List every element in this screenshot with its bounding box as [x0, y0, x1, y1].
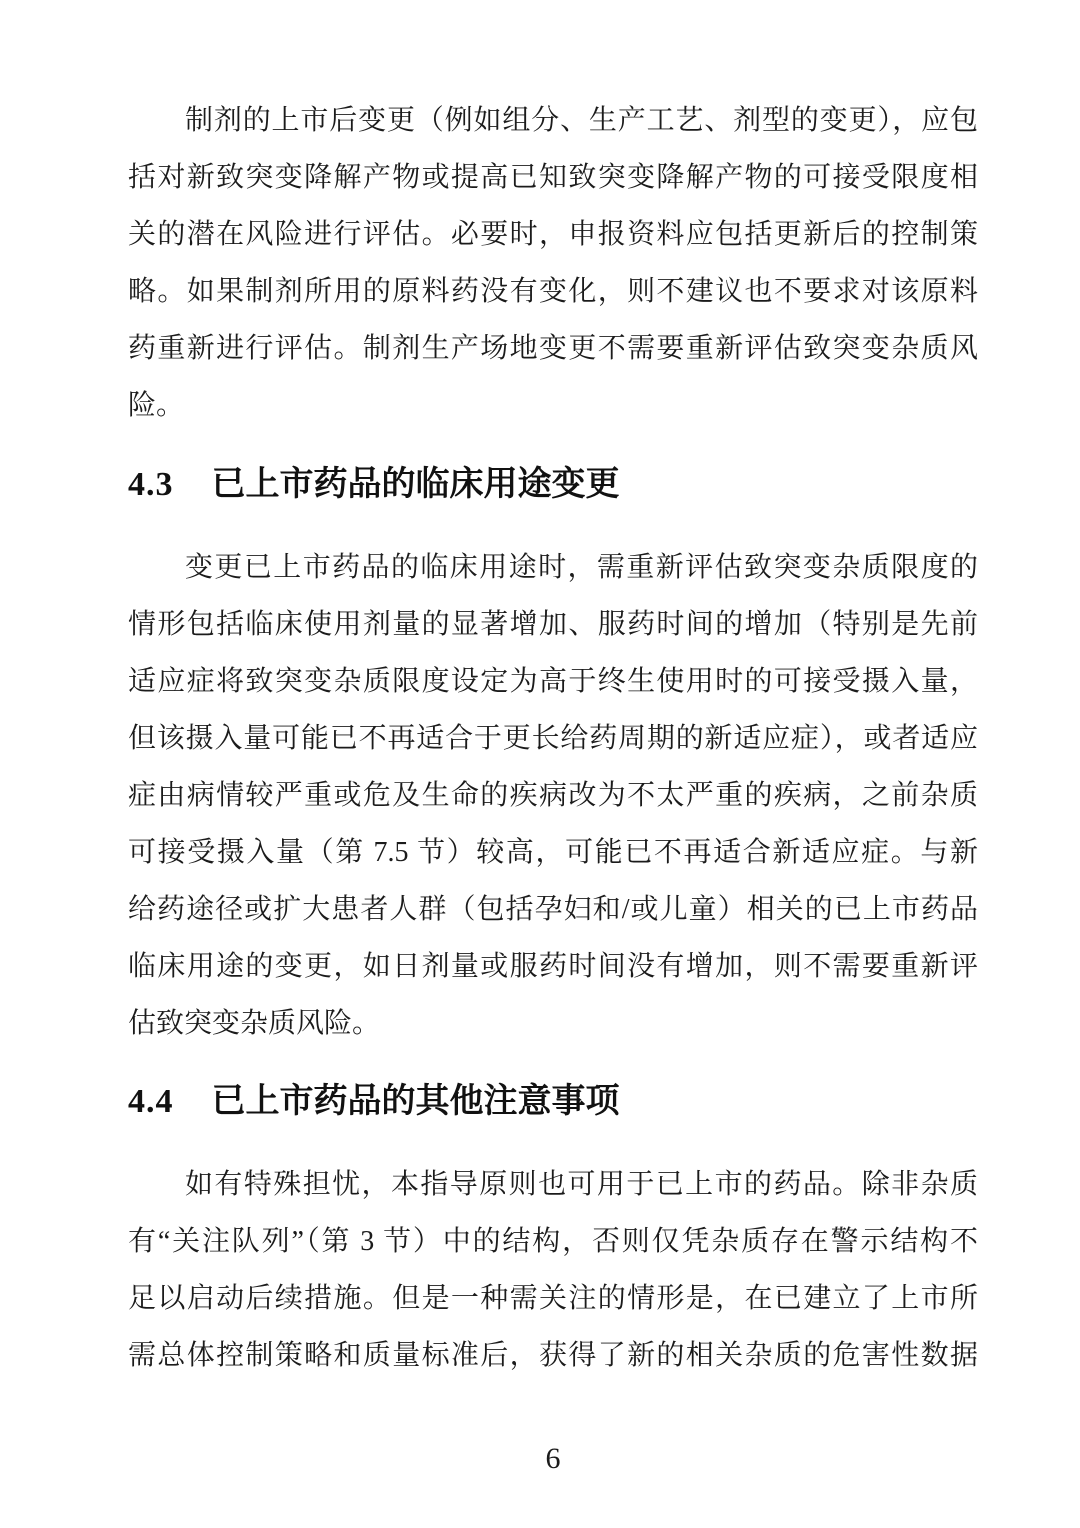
paragraph-line: 给药途径或扩大患者人群（包括孕妇和/或儿童）相关的已上市药品: [128, 881, 978, 938]
paragraph-line: 症由病情较严重或危及生命的疾病改为不太严重的疾病，之前杂质: [128, 767, 978, 824]
paragraph-clinical-use-change: 变更已上市药品的临床用途时，需重新评估致突变杂质限度的 情形包括临床使用剂量的显…: [128, 539, 978, 1052]
section-title: 已上市药品的临床用途变更: [212, 466, 620, 503]
paragraph-line: 可接受摄入量（第 7.5 节）较高，可能已不再适合新适应症。与新: [128, 824, 978, 881]
section-number: 4.4: [128, 1073, 174, 1130]
document-page: 制剂的上市后变更（例如组分、生产工艺、剂型的变更），应包 括对新致突变降解产物或…: [0, 0, 1080, 1528]
paragraph-line: 变更已上市药品的临床用途时，需重新评估致突变杂质限度的: [128, 539, 978, 596]
paragraph-line: 估致突变杂质风险。: [128, 995, 978, 1052]
section-number: 4.3: [128, 456, 174, 513]
paragraph-line: 关的潜在风险进行评估。必要时，申报资料应包括更新后的控制策: [128, 206, 978, 263]
paragraph-line: 药重新进行评估。制剂生产场地变更不需要重新评估致突变杂质风: [128, 320, 978, 377]
paragraph-line: 但该摄入量可能已不再适合于更长给药周期的新适应症），或者适应: [128, 710, 978, 767]
paragraph-line: 临床用途的变更，如日剂量或服药时间没有增加，则不需要重新评: [128, 938, 978, 995]
text-block: 制剂的上市后变更（例如组分、生产工艺、剂型的变更），应包 括对新致突变降解产物或…: [128, 92, 978, 1384]
paragraph-post-approval-changes: 制剂的上市后变更（例如组分、生产工艺、剂型的变更），应包 括对新致突变降解产物或…: [128, 92, 978, 434]
paragraph-line: 足以启动后续措施。但是一种需关注的情形是，在已建立了上市所: [128, 1270, 978, 1327]
paragraph-line: 险。: [128, 377, 978, 434]
paragraph-line: 如有特殊担忧，本指导原则也可用于已上市的药品。除非杂质: [128, 1156, 978, 1213]
paragraph-line: 需总体控制策略和质量标准后，获得了新的相关杂质的危害性数据: [128, 1327, 978, 1384]
section-heading-4-3: 4.3已上市药品的临床用途变更: [128, 456, 978, 513]
section-title: 已上市药品的其他注意事项: [212, 1083, 620, 1120]
section-heading-4-4: 4.4已上市药品的其他注意事项: [128, 1073, 978, 1130]
paragraph-line: 括对新致突变降解产物或提高已知致突变降解产物的可接受限度相: [128, 149, 978, 206]
paragraph-line: 略。如果制剂所用的原料药没有变化，则不建议也不要求对该原料: [128, 263, 978, 320]
page-number: 6: [128, 1440, 978, 1478]
paragraph-other-considerations: 如有特殊担忧，本指导原则也可用于已上市的药品。除非杂质 有“关注队列”（第 3 …: [128, 1156, 978, 1384]
paragraph-line: 适应症将致突变杂质限度设定为高于终生使用时的可接受摄入量，: [128, 653, 978, 710]
paragraph-line: 制剂的上市后变更（例如组分、生产工艺、剂型的变更），应包: [128, 92, 978, 149]
paragraph-line: 有“关注队列”（第 3 节）中的结构，否则仅凭杂质存在警示结构不: [128, 1213, 978, 1270]
paragraph-line: 情形包括临床使用剂量的显著增加、服药时间的增加（特别是先前: [128, 596, 978, 653]
